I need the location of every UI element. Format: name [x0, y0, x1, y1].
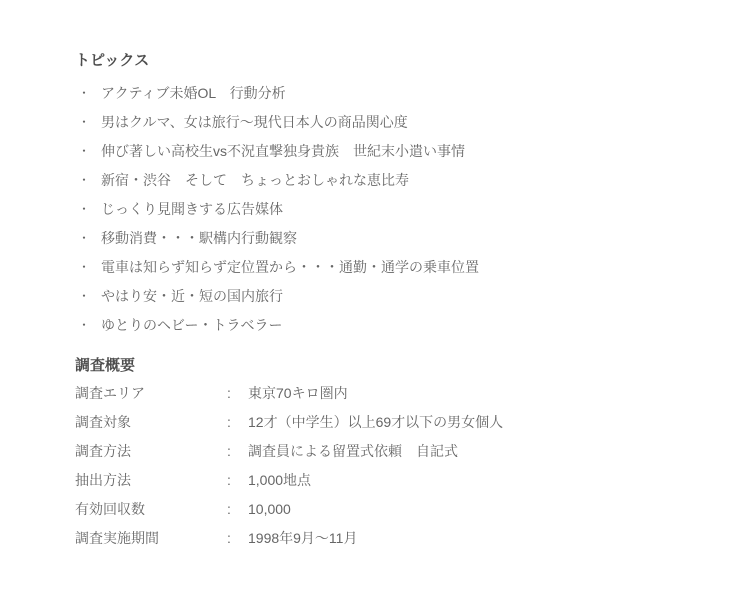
survey-row-label: 調査実施期間 [75, 531, 227, 546]
survey-row-label: 調査エリア [75, 386, 227, 401]
survey-row-value: 10,000 [248, 502, 291, 517]
topic-list-item: ・ 電車は知らず知らず定位置から・・・通勤・通学の乗車位置 [75, 260, 700, 275]
topic-text: アクティブ未婚OL 行動分析 [101, 86, 286, 101]
bullet-marker: ・ [78, 173, 101, 188]
survey-row: 有効回収数 : 10,000 [75, 502, 700, 517]
survey-row-separator: : [227, 415, 248, 430]
survey-row-label: 抽出方法 [75, 473, 227, 488]
survey-row: 調査実施期間 : 1998年9月～11月 [75, 531, 700, 546]
survey-row-separator: : [227, 444, 248, 459]
topic-text: やはり安・近・短の国内旅行 [101, 289, 283, 304]
topic-text: 男はクルマ、女は旅行～現代日本人の商品関心度 [101, 115, 408, 130]
survey-row-value: 調査員による留置式依頼 自記式 [248, 444, 458, 459]
topic-list-item: ・ 男はクルマ、女は旅行～現代日本人の商品関心度 [75, 115, 700, 130]
topics-heading: トピックス [75, 53, 700, 68]
topic-text: 伸び著しい高校生vs不況直撃独身貴族 世紀末小遣い事情 [101, 144, 465, 159]
survey-overview-heading: 調査概要 [75, 358, 700, 373]
survey-row: 調査方法 : 調査員による留置式依頼 自記式 [75, 444, 700, 459]
bullet-marker: ・ [78, 144, 101, 159]
topic-text: 移動消費・・・駅構内行動観察 [101, 231, 297, 246]
survey-row-label: 有効回収数 [75, 502, 227, 517]
bullet-marker: ・ [78, 260, 101, 275]
survey-row-label: 調査対象 [75, 415, 227, 430]
bullet-marker: ・ [78, 289, 101, 304]
topic-list-item: ・ 新宿・渋谷 そして ちょっとおしゃれな恵比寿 [75, 173, 700, 188]
survey-overview-table: 調査エリア : 東京70キロ圏内 調査対象 : 12才（中学生）以上69才以下の… [75, 386, 700, 546]
survey-row-value: 1998年9月～11月 [248, 531, 357, 546]
topic-text: 新宿・渋谷 そして ちょっとおしゃれな恵比寿 [101, 173, 409, 188]
topic-text: 電車は知らず知らず定位置から・・・通勤・通学の乗車位置 [101, 260, 479, 275]
topic-list-item: ・ やはり安・近・短の国内旅行 [75, 289, 700, 304]
bullet-marker: ・ [78, 231, 101, 246]
topic-text: ゆとりのヘビー・トラベラー [101, 318, 282, 333]
document-page: トピックス ・ アクティブ未婚OL 行動分析 ・ 男はクルマ、女は旅行～現代日本… [0, 0, 740, 591]
topics-list: ・ アクティブ未婚OL 行動分析 ・ 男はクルマ、女は旅行～現代日本人の商品関心… [75, 86, 700, 333]
survey-row-label: 調査方法 [75, 444, 227, 459]
topic-text: じっくり見聞きする広告媒体 [101, 202, 283, 217]
topic-list-item: ・ じっくり見聞きする広告媒体 [75, 202, 700, 217]
bullet-marker: ・ [78, 318, 101, 333]
survey-row-value: 1,000地点 [248, 473, 311, 488]
survey-row: 調査対象 : 12才（中学生）以上69才以下の男女個人 [75, 415, 700, 430]
survey-row: 調査エリア : 東京70キロ圏内 [75, 386, 700, 401]
topic-list-item: ・ ゆとりのヘビー・トラベラー [75, 318, 700, 333]
survey-row-value: 12才（中学生）以上69才以下の男女個人 [248, 415, 503, 430]
bullet-marker: ・ [78, 86, 101, 101]
bullet-marker: ・ [78, 202, 101, 217]
survey-row: 抽出方法 : 1,000地点 [75, 473, 700, 488]
topic-list-item: ・ 移動消費・・・駅構内行動観察 [75, 231, 700, 246]
survey-row-separator: : [227, 502, 248, 517]
survey-row-separator: : [227, 531, 248, 546]
survey-row-separator: : [227, 473, 248, 488]
survey-row-separator: : [227, 386, 248, 401]
topic-list-item: ・ 伸び著しい高校生vs不況直撃独身貴族 世紀末小遣い事情 [75, 144, 700, 159]
bullet-marker: ・ [78, 115, 101, 130]
topic-list-item: ・ アクティブ未婚OL 行動分析 [75, 86, 700, 101]
survey-row-value: 東京70キロ圏内 [248, 386, 348, 401]
